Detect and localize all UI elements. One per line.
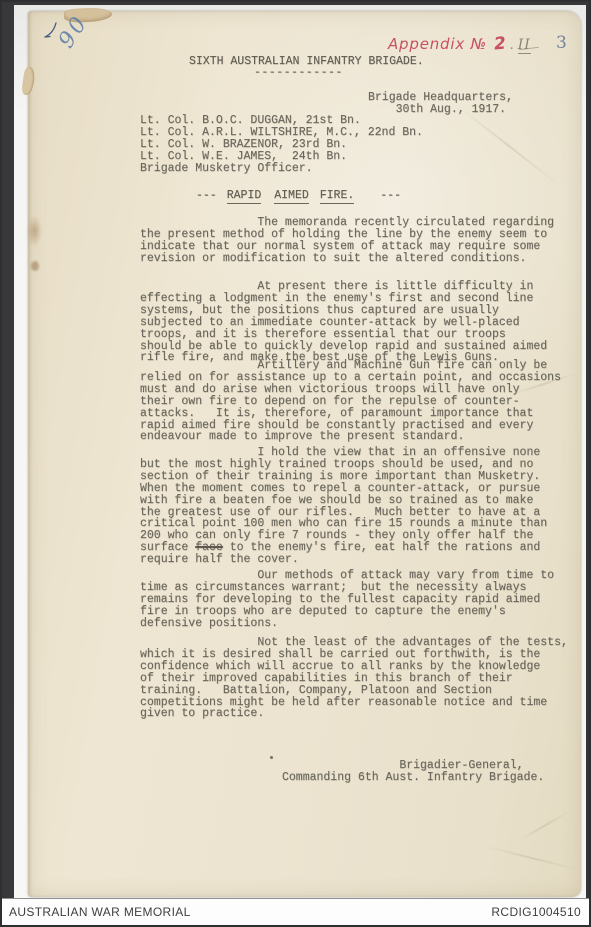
- page-number: 3: [556, 33, 567, 53]
- appendix-stamp-number: 2: [493, 33, 507, 54]
- subject-word: AIMED: [274, 190, 309, 204]
- subject-line: ---RAPIDAIMEDFIRE.---: [196, 190, 401, 204]
- subject-dashes-right: ---: [380, 190, 401, 202]
- stain-mark: [27, 215, 42, 247]
- ink-speck: [270, 756, 273, 759]
- title-underline-dashes: ------------: [254, 67, 343, 79]
- scan-background: 90 Appendix №2.II 3 SIXTH AUSTRALIAN INF…: [2, 2, 589, 898]
- paragraph: The memoranda recently circulated regard…: [140, 217, 554, 265]
- paragraph: Our methods of attack may vary from time…: [140, 570, 554, 630]
- paragraph: Not the least of the advantages of the t…: [140, 637, 568, 720]
- footer-bar: AUSTRALIAN WAR MEMORIAL RCDIG1004510: [2, 898, 589, 925]
- paragraph: I hold the view that in an offensive non…: [140, 447, 547, 566]
- subject-dashes-left: ---: [196, 190, 217, 202]
- subject-word: FIRE.: [320, 190, 355, 204]
- paragraph: At present there is little difficulty in…: [140, 281, 547, 364]
- addressee-list: Lt. Col. B.O.C. DUGGAN, 21st Bn. Lt. Col…: [140, 115, 423, 175]
- pencil-numeral: II: [518, 38, 531, 53]
- subject-word: RAPID: [227, 190, 262, 204]
- footer-reference-id: RCDIG1004510: [491, 905, 581, 919]
- signature-block: Brigadier-General, Commanding 6th Aust. …: [282, 760, 544, 784]
- footer-brand: AUSTRALIAN WAR MEMORIAL: [9, 905, 191, 919]
- paragraph: Artillery and Machine Gun fire can only …: [140, 360, 561, 443]
- pencil-dot: .: [510, 38, 515, 53]
- stain-mark: [31, 261, 39, 271]
- appendix-stamp: Appendix №2.II: [388, 34, 531, 54]
- appendix-stamp-label: Appendix №: [388, 35, 487, 53]
- paragraph-text: I hold the view that in an offensive non…: [140, 446, 547, 554]
- headquarters-block: Brigade Headquarters, 30th Aug., 1917.: [368, 92, 513, 116]
- document-scan-viewer: 90 Appendix №2.II 3 SIXTH AUSTRALIAN INF…: [0, 0, 591, 927]
